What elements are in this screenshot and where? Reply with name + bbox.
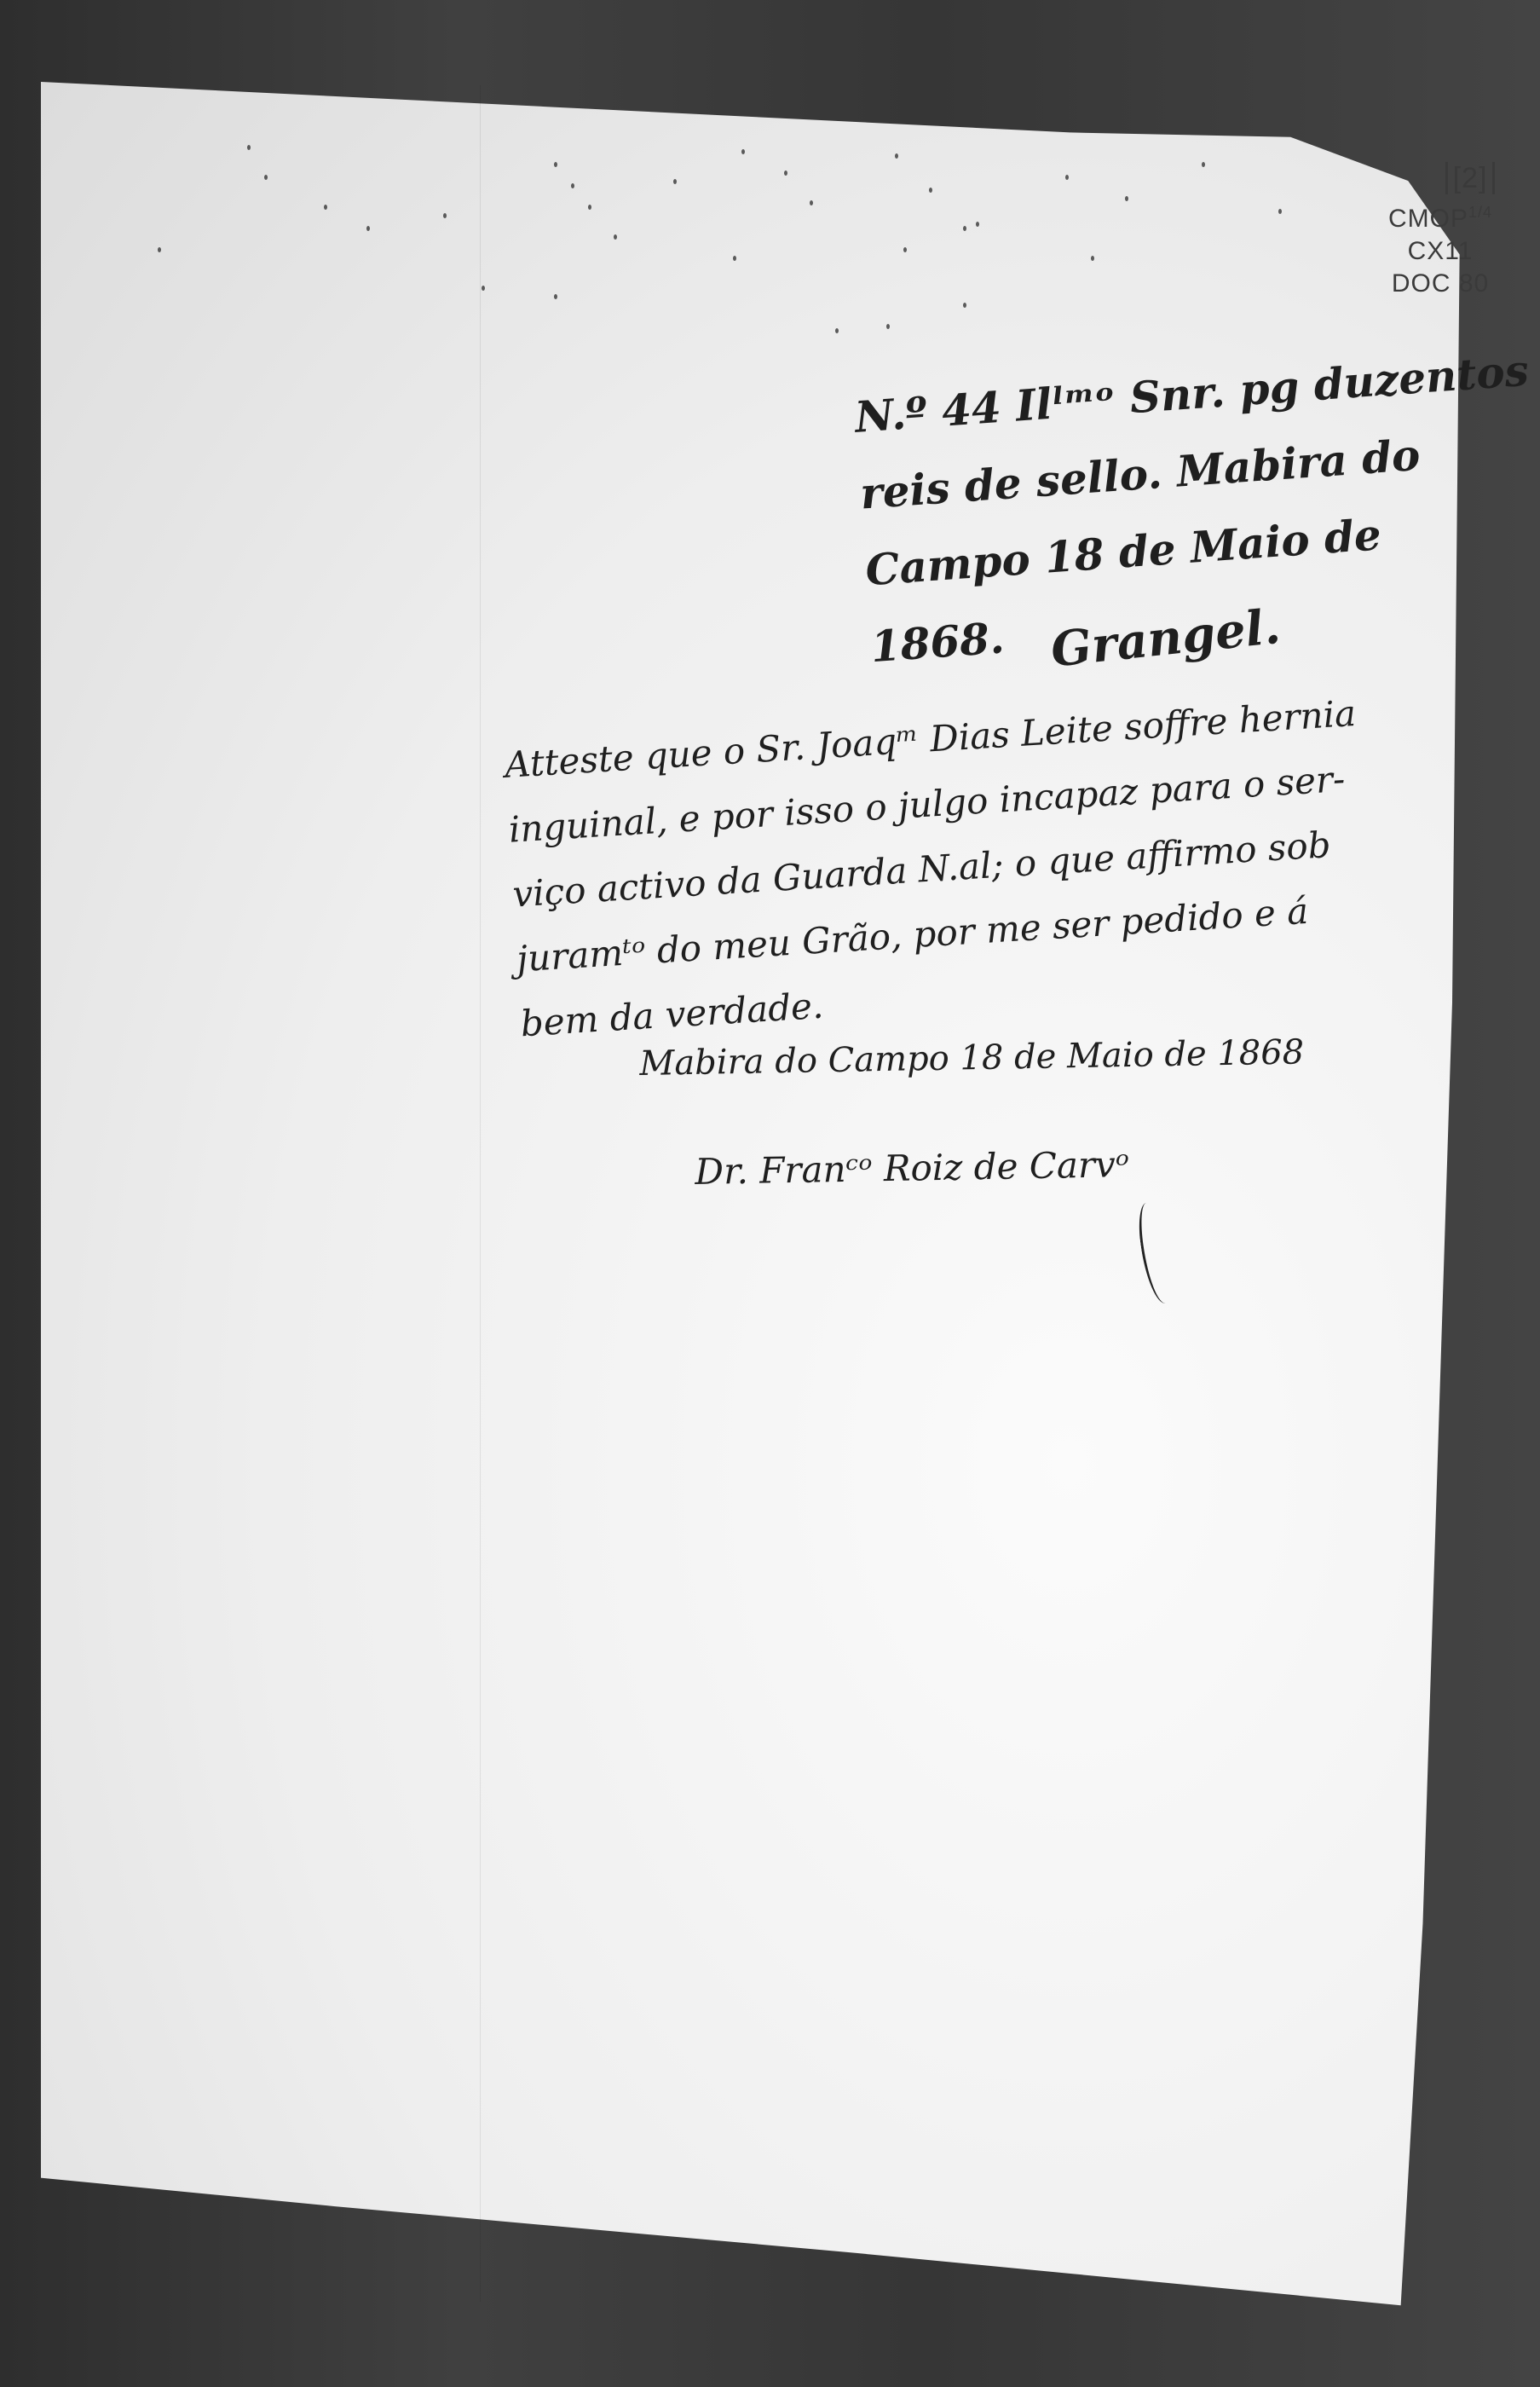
collection-superscript: 1/4 [1468,204,1492,221]
doc-code: DOC 80 [1364,268,1517,300]
collection-code: CMOP [1388,205,1468,233]
scanned-page: [2] CMOP1/4 CX11 DOC 80 N.º 44 Ilˡᵐᵒ Snr… [0,0,1540,2387]
certificate-signature: Dr. Franᶜᵒ Roiz de Carvᵒ [695,1143,1129,1193]
certificate-body: Atteste que o Sr. Joaqᵐ Dias Leite soffr… [503,681,1374,1056]
box-code: CX11 [1364,235,1517,268]
page-number: [2] [1445,162,1496,194]
paper-crease [480,85,481,2302]
archive-reference-stamp: [2] CMOP1/4 CX11 DOC 80 [1364,162,1517,300]
